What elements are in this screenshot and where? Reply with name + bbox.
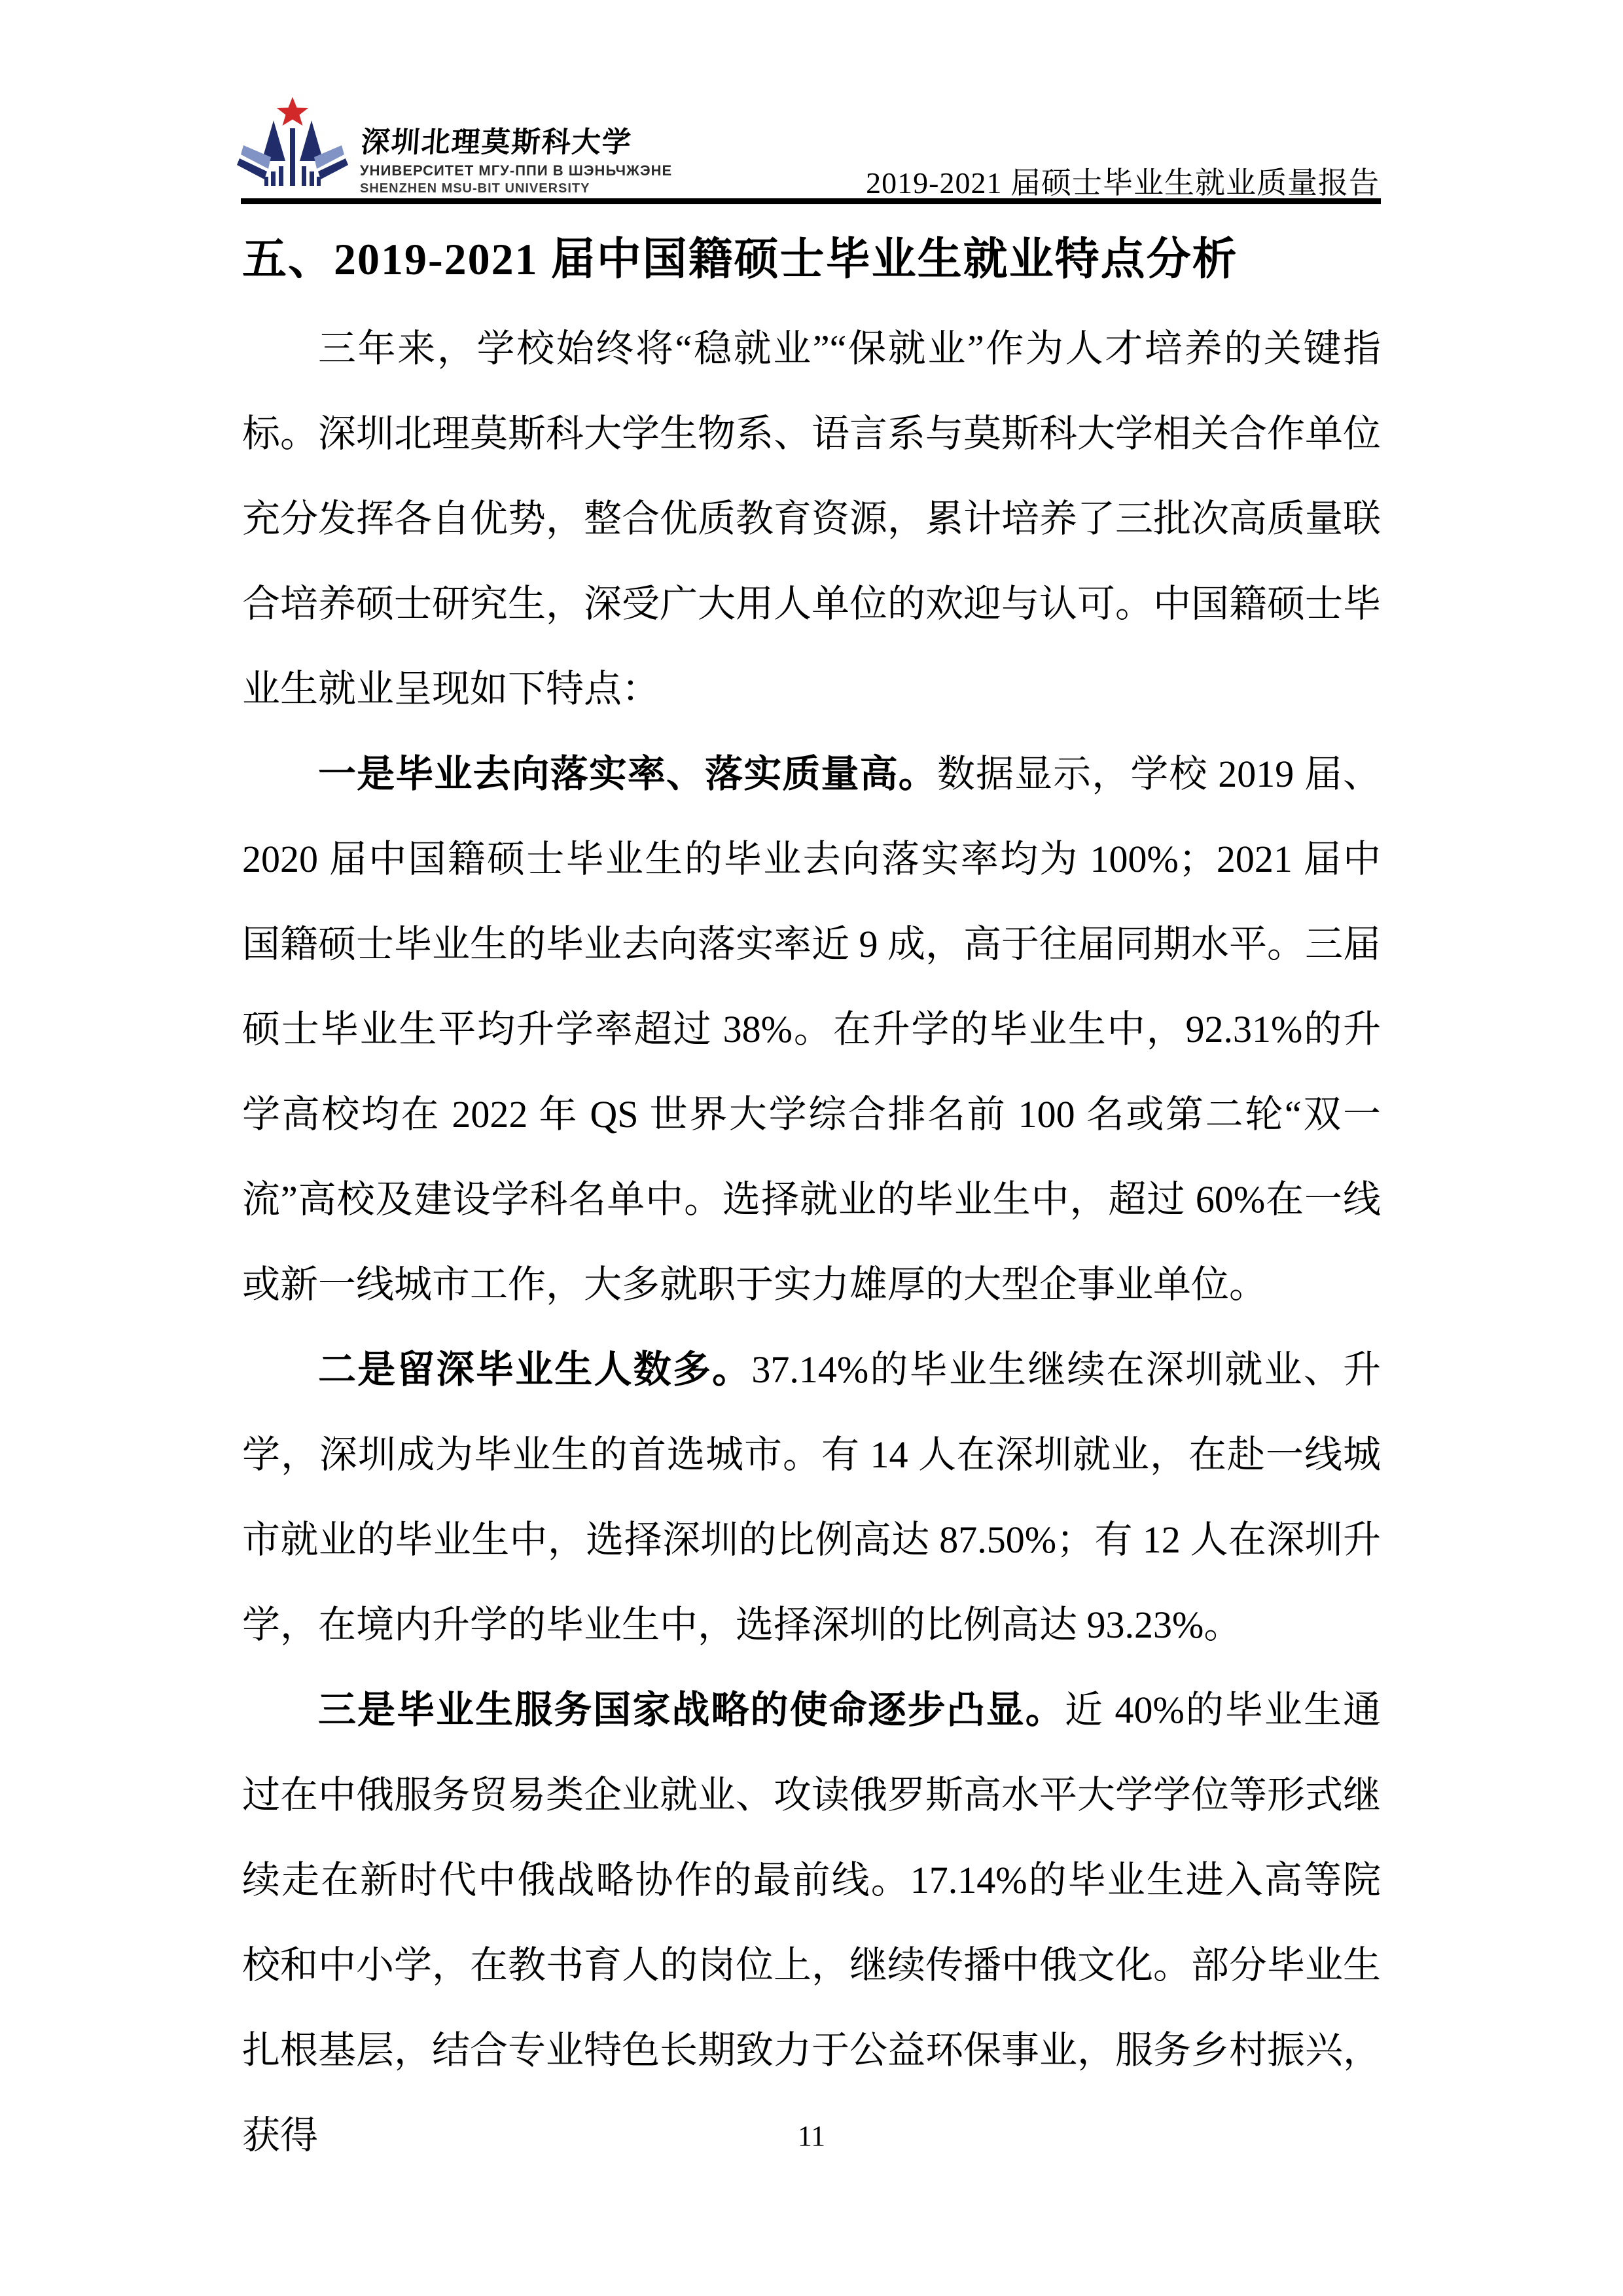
paragraph-4: 三是毕业生服务国家战略的使命逐步凸显。近 40%的毕业生通过在中俄服务贸易类企业… (242, 1668, 1381, 2178)
logo-english-name: SHENZHEN MSU-BIT UNIVERSITY (360, 181, 672, 196)
star-icon (277, 97, 308, 126)
paragraph-4-lead: 三是毕业生服务国家战略的使命逐步凸显。 (318, 1689, 1065, 1731)
page-header: 深圳北理莫斯科大学 УНИВЕРСИТЕТ МГУ-ППИ В ШЭНЬЧЖЭН… (0, 0, 1623, 209)
paragraph-4-text: 近 40%的毕业生通过在中俄服务贸易类企业就业、攻读俄罗斯高水平大学学位等形式继… (242, 1689, 1381, 2157)
paragraph-1: 三年来，学校始终将“稳就业”“保就业”作为人才培养的关键指标。深圳北理莫斯科大学… (242, 306, 1381, 732)
logo-chinese-name: 深圳北理莫斯科大学 (360, 127, 675, 158)
report-page: 深圳北理莫斯科大学 УНИВЕРСИТЕТ МГУ-ППИ В ШЭНЬЧЖЭН… (0, 0, 1623, 2296)
logo-russian-name: УНИВЕРСИТЕТ МГУ-ППИ В ШЭНЬЧЖЭНЕ (360, 162, 672, 179)
section-title: 五、2019-2021 届中国籍硕士毕业生就业特点分析 (242, 224, 1238, 287)
logo-text-block: 深圳北理莫斯科大学 УНИВЕРСИТЕТ МГУ-ППИ В ШЭНЬЧЖЭН… (360, 96, 672, 196)
paragraph-2-lead: 一是毕业去向落实率、落实质量高。 (318, 753, 937, 795)
paragraph-3-lead: 二是留深毕业生人数多。 (318, 1348, 751, 1391)
page-number: 11 (0, 2119, 1623, 2153)
university-emblem-icon (234, 96, 351, 199)
header-report-title: 2019-2021 届硕士毕业生就业质量报告 (866, 159, 1380, 202)
body-text: 三年来，学校始终将“稳就业”“保就业”作为人才培养的关键指标。深圳北理莫斯科大学… (242, 306, 1381, 2178)
header-divider-rule (241, 198, 1381, 204)
paragraph-2-text: 数据显示，学校 2019 届、2020 届中国籍硕士毕业生的毕业去向落实率均为 … (242, 753, 1381, 1306)
paragraph-1-text: 三年来，学校始终将“稳就业”“保就业”作为人才培养的关键指标。深圳北理莫斯科大学… (242, 327, 1381, 710)
university-logo: 深圳北理莫斯科大学 УНИВЕРСИТЕТ МГУ-ППИ В ШЭНЬЧЖЭН… (234, 96, 672, 199)
paragraph-3: 二是留深毕业生人数多。37.14%的毕业生继续在深圳就业、升学，深圳成为毕业生的… (242, 1327, 1381, 1668)
paragraph-3-text: 37.14%的毕业生继续在深圳就业、升学，深圳成为毕业生的首选城市。有 14 人… (242, 1348, 1381, 1646)
paragraph-2: 一是毕业去向落实率、落实质量高。数据显示，学校 2019 届、2020 届中国籍… (242, 732, 1381, 1327)
